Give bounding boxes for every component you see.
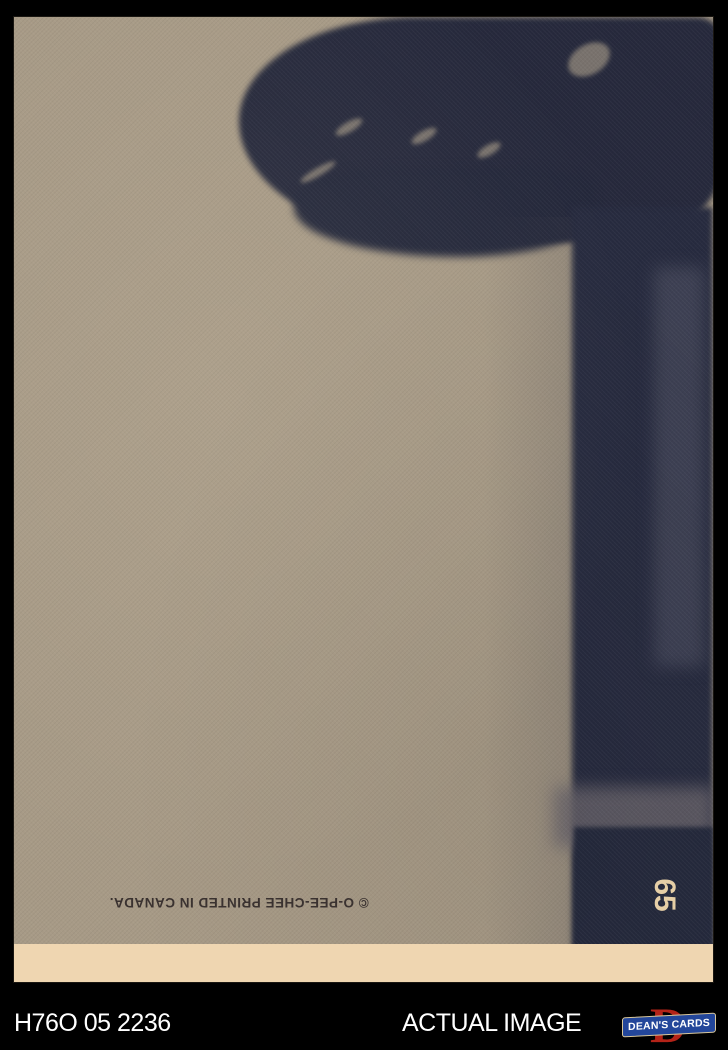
inventory-id: H76O 05 2236 — [14, 1009, 171, 1038]
photo-bleed-column-light — [654, 267, 704, 667]
copyright-line: © O-PEE-CHEE PRINTED IN CANADA. — [54, 895, 424, 910]
actual-image-label: ACTUAL IMAGE — [402, 1009, 581, 1038]
trading-card-back: © O-PEE-CHEE PRINTED IN CANADA. 65 — [14, 17, 713, 982]
logo-banner: DEAN'S CARDS — [622, 1013, 716, 1038]
deans-cards-logo: D DEAN'S CARDS — [620, 1003, 716, 1047]
card-number: 65 — [644, 865, 684, 925]
card-bottom-border — [14, 944, 713, 982]
listing-image: © O-PEE-CHEE PRINTED IN CANADA. 65 H76O … — [0, 0, 728, 1050]
